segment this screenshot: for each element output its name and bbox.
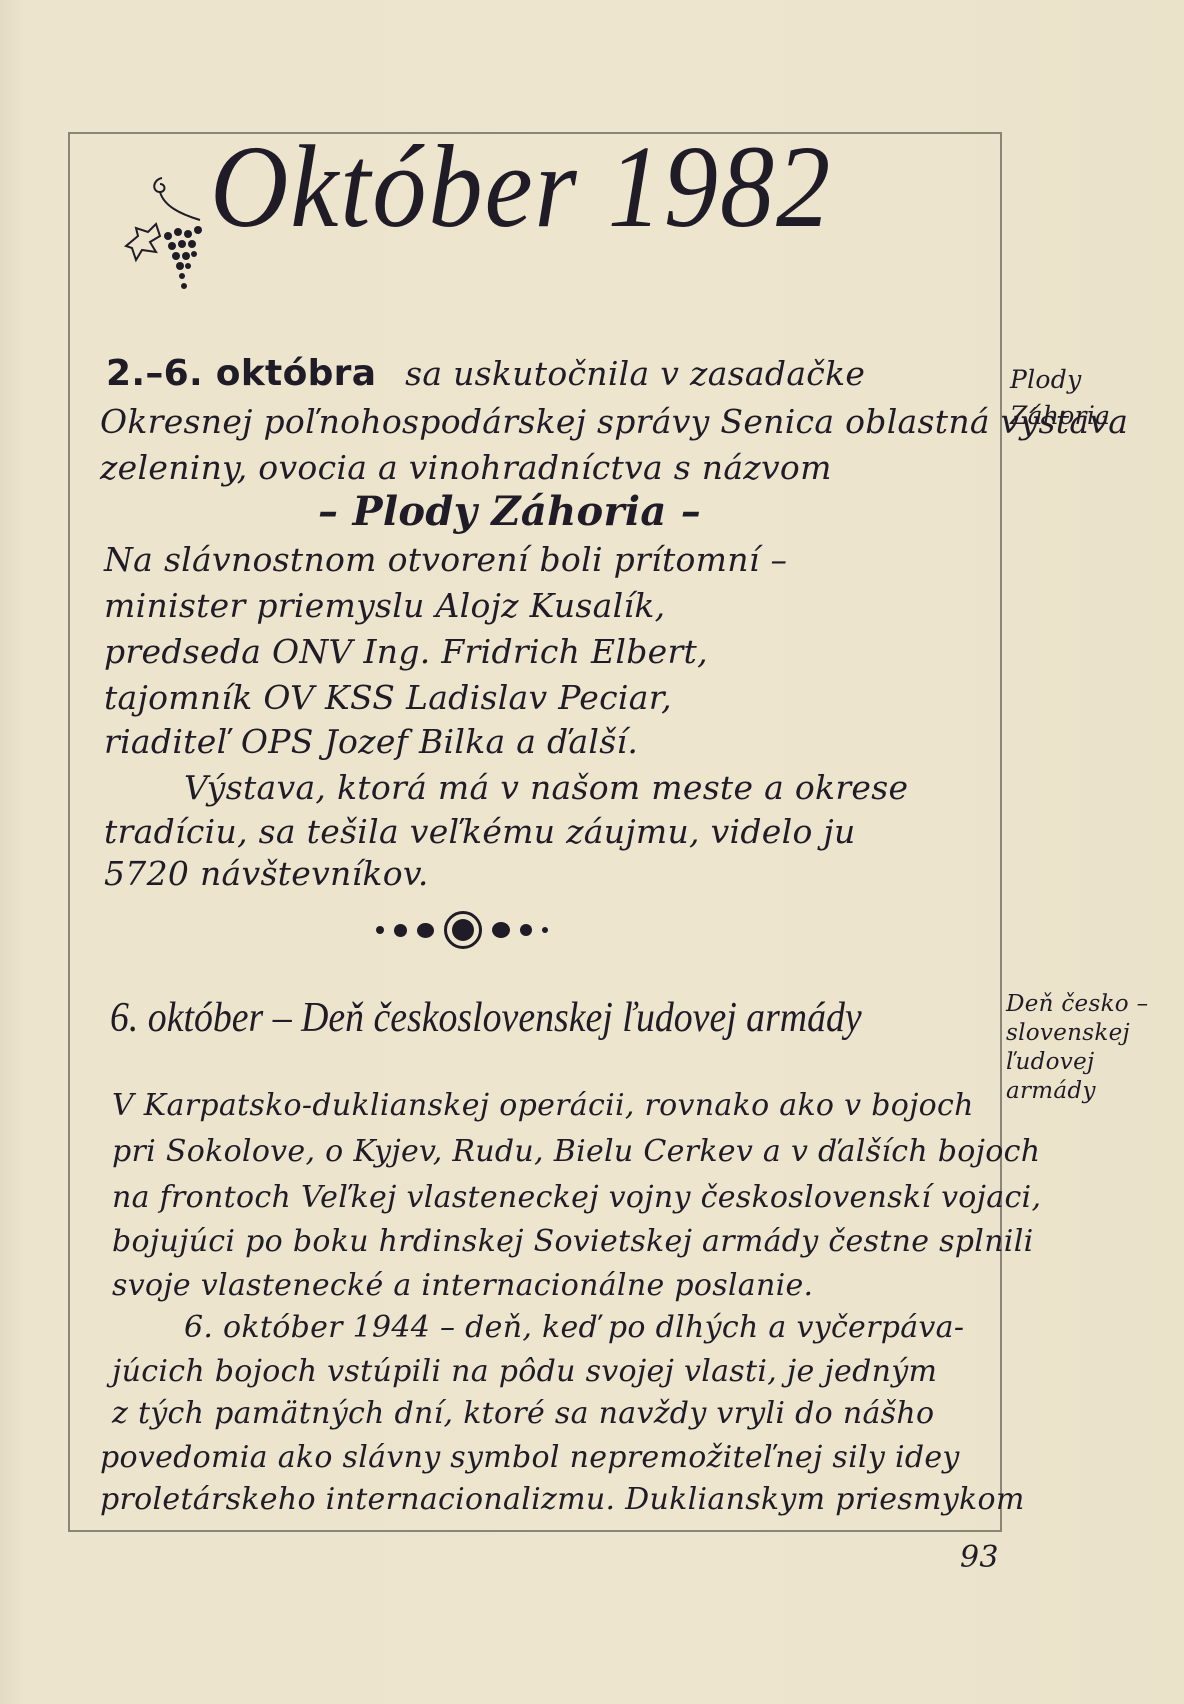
text-line: Na slávnostnom otvorení boli prítomní – [104,538,787,582]
text-line: na frontoch Veľkej vlasteneckej vojny če… [112,1176,1041,1220]
text-line: riaditeľ OPS Jozef Bilka a ďalší. [104,720,638,764]
text-line: pri Sokolove, o Kyjev, Rudu, Bielu Cerke… [112,1130,1040,1174]
text-line: bojujúci po boku hrdinskej Sovietskej ar… [112,1220,1034,1264]
text-line: tradíciu, sa tešila veľkému záujmu, vide… [104,810,856,854]
text-line: 6. október 1944 – deň, keď po dlhých a v… [184,1306,964,1350]
text-line: proletárskeho internacionalizmu. Duklian… [100,1478,1025,1522]
grape-vine-icon [122,172,216,296]
text-line: tajomník OV KSS Ladislav Peciar, [104,676,672,720]
ornament-ring [444,911,482,949]
page-number: 93 [960,1540,999,1575]
text-line: V Karpatsko-duklianskej operácii, rovnak… [112,1084,974,1128]
ornament-dot [542,927,548,933]
text-line: Výstava, ktorá má v našom meste a okrese [184,766,908,810]
ornament-dot [417,923,434,938]
text-line: predseda ONV Ing. Fridrich Elbert, [104,630,708,674]
dot-ornament [376,908,548,952]
ornament-dot [492,922,510,938]
text-line: 5720 návštevníkov. [104,852,429,896]
section2-heading: 6. október – Deň československej ľudovej… [110,990,862,1046]
text-line: zeleniny, ovocia a vinohradníctva s názv… [100,446,832,490]
ornament-dot [376,926,384,934]
page-title: Október 1982 [210,128,832,246]
text-line: svoje vlastenecké a internacionálne posl… [112,1264,813,1308]
text-line: povedomia ako slávny symbol nepremožiteľ… [100,1436,960,1480]
margin-note-den-armady: Deň česko – slovenskej ľudovej armády [1006,990,1148,1106]
text-line: minister priemyslu Alojz Kusalík, [104,584,665,628]
exhibition-name: – Plody Záhoria – [318,490,701,534]
section1-date: 2.–6. októbra [106,353,376,394]
text-line: z tých pamätných dní, ktoré sa navždy vr… [112,1392,934,1436]
margin-note-plody-zahoria: Plody Záhoria [1010,362,1110,434]
ornament-dot [394,924,407,937]
section1-first-line: 2.–6. októbra sa uskutočnila v zasadačke [106,352,865,396]
text-line: júcich bojoch vstúpili na pôdu svojej vl… [112,1350,937,1394]
text-line: Okresnej poľnohospodárskej správy Senica… [100,400,1128,444]
ornament-dot [520,924,532,936]
